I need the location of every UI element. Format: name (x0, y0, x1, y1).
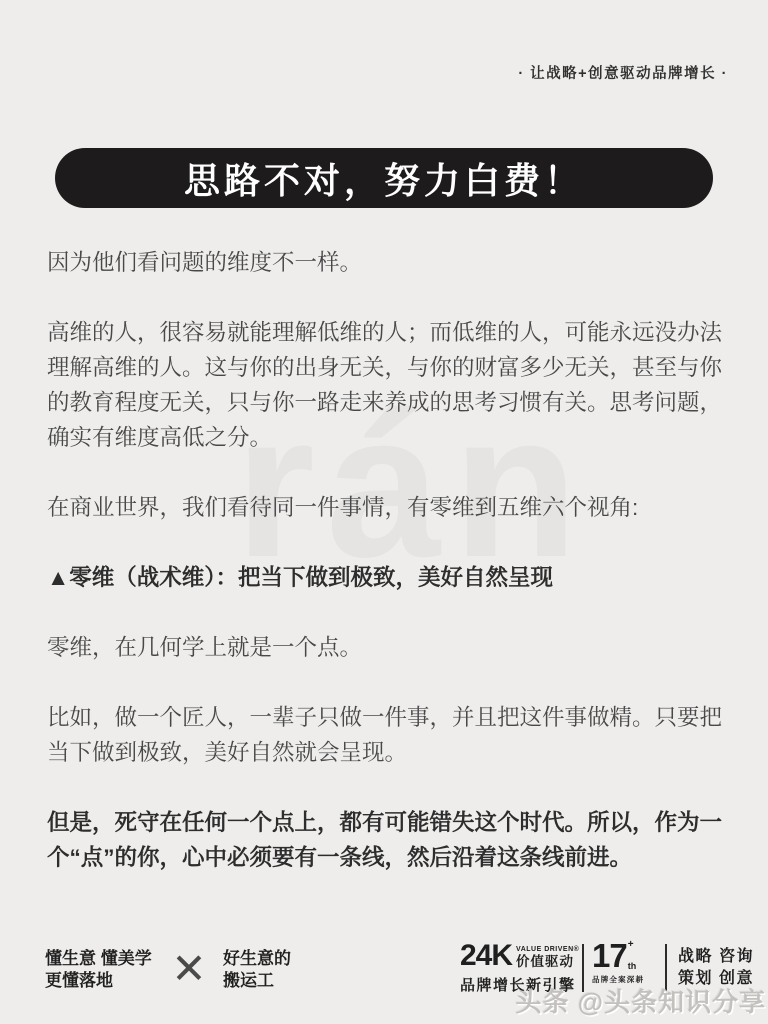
emphasis-paragraph: 但是，死守在任何一个点上，都有可能错失这个时代。所以，作为一个“点”的你，心中必… (47, 805, 725, 875)
page-title: 思路不对，努力白费！ (184, 153, 584, 204)
paragraph: 高维的人，很容易就能理解低维的人；而低维的人，可能永远没办法理解高维的人。这与你… (47, 315, 725, 455)
paragraph: 零维，在几何学上就是一个点。 (47, 630, 725, 665)
badge-24k: 24K (460, 942, 512, 970)
cross-icon: ✕ (158, 940, 220, 996)
badge-value-driven-en: VALUE DRIVEN® (516, 946, 579, 954)
paragraph: 在商业世界，我们看待同一件事情，有零维到五维六个视角: (47, 490, 725, 525)
footer-mid-line1: 好生意的 (223, 948, 291, 970)
title-banner: 思路不对，努力白费！ (55, 148, 713, 208)
toutiao-watermark: 头条 @头条知识分享 (515, 982, 766, 1019)
years-badge: 17 + th 品牌全案深耕 (592, 940, 644, 985)
article-body: 因为他们看问题的维度不一样。 高维的人，很容易就能理解低维的人；而低维的人，可能… (47, 245, 725, 910)
footer-slogan-line2: 更懂落地 (45, 970, 152, 992)
tagline: · 让战略+创意驱动品牌增长 · (518, 62, 728, 83)
footer-slogan-mid: 好生意的 搬运工 (223, 948, 291, 992)
footer-mid-line2: 搬运工 (223, 970, 291, 992)
paragraph: 因为他们看问题的维度不一样。 (47, 245, 725, 280)
paragraph: 比如，做一个匠人，一辈子只做一件事，并且把这件事做精。只要把当下做到极致，美好自… (47, 700, 725, 770)
years-suffix: th (628, 962, 637, 971)
years-plus: + (628, 940, 634, 950)
footer-slogan-left: 懂生意 懂美学 更懂落地 (45, 948, 152, 992)
services-line1: 战略 咨询 (678, 946, 754, 968)
section-heading: ▲零维（战术维）：把当下做到极致，美好自然呈现 (47, 560, 725, 595)
badge-value-driven-cn: 价值驱动 (516, 954, 579, 969)
poster-page: · 让战略+创意驱动品牌增长 · 思路不对，努力白费！ rán 因为他们看问题的… (0, 0, 768, 1024)
footer-slogan-line1: 懂生意 懂美学 (45, 948, 152, 970)
years-number: 17 (592, 940, 627, 972)
